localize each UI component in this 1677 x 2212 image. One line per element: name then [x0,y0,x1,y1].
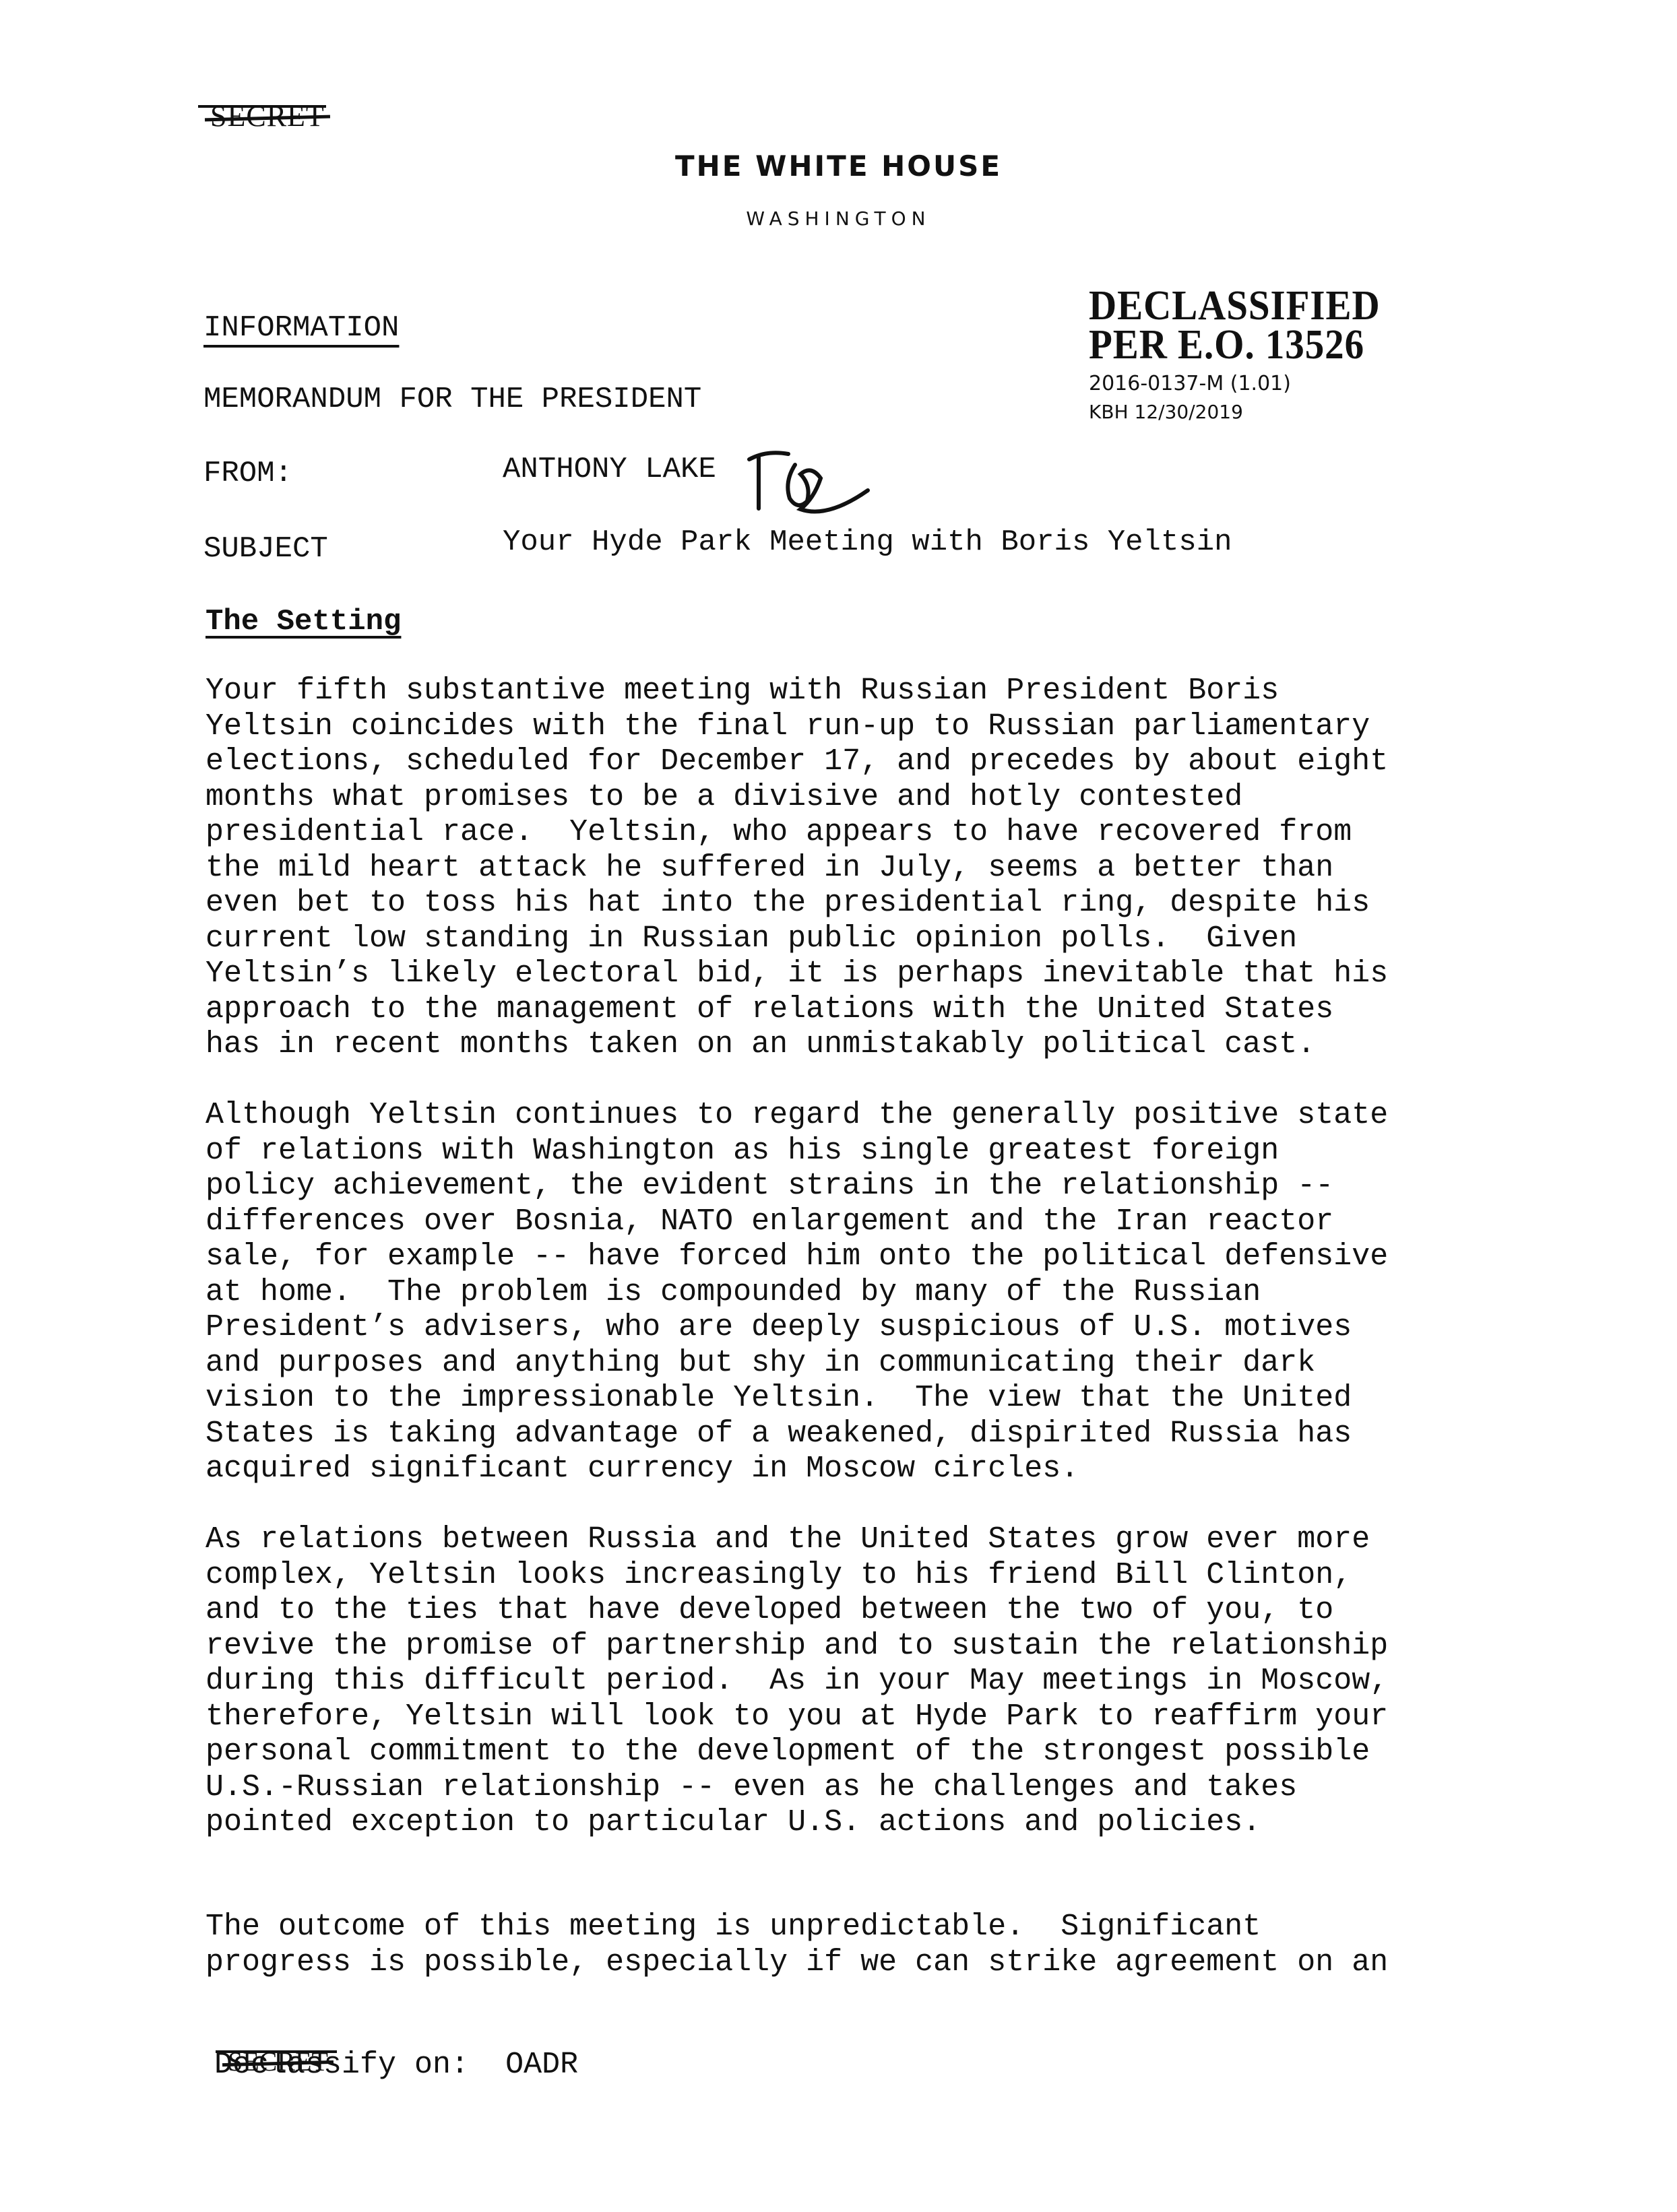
classification-text: SECRET [210,99,325,133]
from-value: ANTHONY LAKE [503,453,716,486]
letterhead-title: THE WHITE HOUSE [0,150,1677,183]
stamp-case-number: 2016-0137-M (1.01) [1089,368,1405,399]
declassify-instruction: Declassify on: OADR [214,2048,578,2082]
declassify-value: OADR [505,2048,578,2082]
section-heading: The Setting [205,605,401,639]
memo-recipient: MEMORANDUM FOR THE PRESIDENT [203,383,701,416]
subject-value: Your Hyde Park Meeting with Boris Yeltsi… [503,525,1232,559]
declassify-label: Declassify on: [214,2048,469,2082]
paragraph: As relations between Russia and the Unit… [205,1522,1553,1841]
stamp-declassified: DECLASSIFIED [1089,286,1381,325]
memo-type: INFORMATION [203,311,399,345]
declassification-stamp: DECLASSIFIED PER E.O. 13526 2016-0137-M … [1089,286,1405,425]
paragraph: Your fifth substantive meeting with Russ… [205,674,1553,1063]
paragraph: The outcome of this meeting is unpredict… [205,1910,1553,1980]
stamp-reviewer-date: KBH 12/30/2019 [1089,399,1405,425]
letterhead-subtitle: WASHINGTON [0,207,1677,230]
stamp-authority: PER E.O. 13526 [1089,325,1381,364]
subject-label: SUBJECT [203,532,328,566]
from-label: FROM: [203,457,292,490]
paragraph: Although Yeltsin continues to regard the… [205,1098,1553,1487]
classification-underline [198,105,326,108]
handwritten-initials-icon [747,445,888,519]
